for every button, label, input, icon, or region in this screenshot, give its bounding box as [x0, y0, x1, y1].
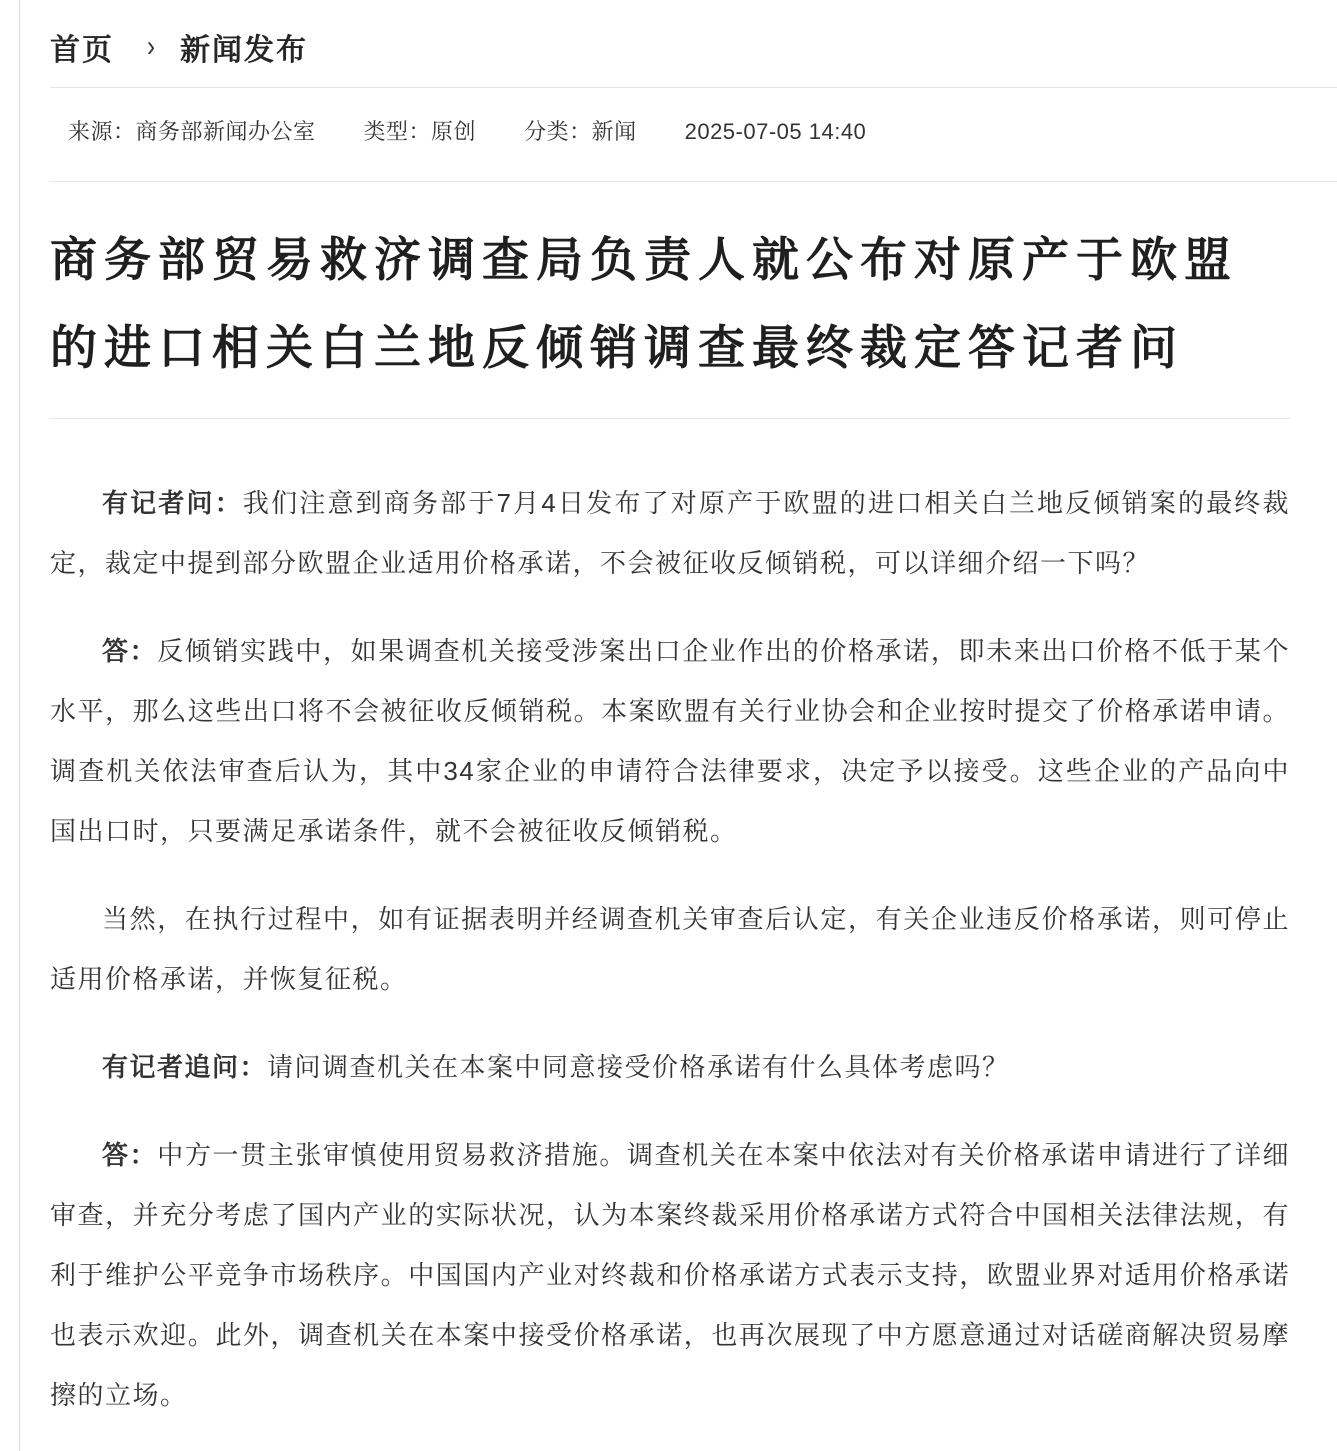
- article-paragraph: 有记者追问：请问调查机关在本案中同意接受价格承诺有什么具体考虑吗？: [50, 1037, 1290, 1097]
- paragraph-text: 反倾销实践中，如果调查机关接受涉案出口企业作出的价格承诺，即未来出口价格不低于某…: [50, 636, 1290, 846]
- article-paragraph: 有记者问：我们注意到商务部于7月4日发布了对原产于欧盟的进口相关白兰地反倾销案的…: [50, 473, 1290, 593]
- paragraph-text: 请问调查机关在本案中同意接受价格承诺有什么具体考虑吗？: [267, 1052, 1010, 1082]
- meta-source-label: 来源：: [68, 119, 136, 144]
- meta-type: 类型：原创: [364, 117, 477, 147]
- article-paragraph: 答：反倾销实践中，如果调查机关接受涉案出口企业作出的价格承诺，即未来出口价格不低…: [50, 621, 1290, 861]
- meta-category-value: 新闻: [592, 119, 637, 144]
- article-body: 有记者问：我们注意到商务部于7月4日发布了对原产于欧盟的进口相关白兰地反倾销案的…: [50, 473, 1290, 1425]
- article: 商务部贸易救济调查局负责人就公布对原产于欧盟的进口相关白兰地反倾销调查最终裁定答…: [50, 216, 1337, 1425]
- meta-category-label: 分类：: [524, 119, 592, 144]
- paragraph-lead: 有记者追问：: [102, 1052, 267, 1082]
- paragraph-text: 中方一贯主张审慎使用贸易救济措施。调查机关在本案中依法对有关价格承诺申请进行了详…: [50, 1140, 1290, 1410]
- meta-category: 分类：新闻: [524, 117, 637, 147]
- article-paragraph: 当然，在执行过程中，如有证据表明并经调查机关审查后认定，有关企业违反价格承诺，则…: [50, 889, 1290, 1009]
- meta-source-value: 商务部新闻办公室: [136, 119, 316, 144]
- meta-type-value: 原创: [431, 119, 476, 144]
- paragraph-text: 当然，在执行过程中，如有证据表明并经调查机关审查后认定，有关企业违反价格承诺，则…: [50, 904, 1290, 994]
- page-container: 首页 › 新闻发布 来源：商务部新闻办公室 类型：原创 分类：新闻 2025-0…: [19, 0, 1337, 1451]
- paragraph-lead: 答：: [102, 636, 157, 666]
- divider-under-meta: [50, 181, 1337, 182]
- breadcrumb-home-link[interactable]: 首页: [50, 25, 114, 69]
- meta-datetime: 2025-07-05 14:40: [685, 117, 867, 147]
- divider-under-title: [50, 418, 1290, 419]
- meta-type-label: 类型：: [364, 119, 432, 144]
- breadcrumb: 首页 › 新闻发布: [50, 0, 1337, 68]
- article-paragraph: 答：中方一贯主张审慎使用贸易救济措施。调查机关在本案中依法对有关价格承诺申请进行…: [50, 1125, 1290, 1425]
- page-title: 商务部贸易救济调查局负责人就公布对原产于欧盟的进口相关白兰地反倾销调查最终裁定答…: [50, 216, 1290, 392]
- meta-source: 来源：商务部新闻办公室: [68, 117, 316, 147]
- article-meta-row: 来源：商务部新闻办公室 类型：原创 分类：新闻 2025-07-05 14:40: [50, 88, 1337, 147]
- breadcrumb-current-link[interactable]: 新闻发布: [180, 25, 308, 69]
- paragraph-lead: 有记者问：: [102, 488, 243, 518]
- chevron-right-icon: ›: [147, 30, 155, 64]
- paragraph-lead: 答：: [102, 1140, 157, 1170]
